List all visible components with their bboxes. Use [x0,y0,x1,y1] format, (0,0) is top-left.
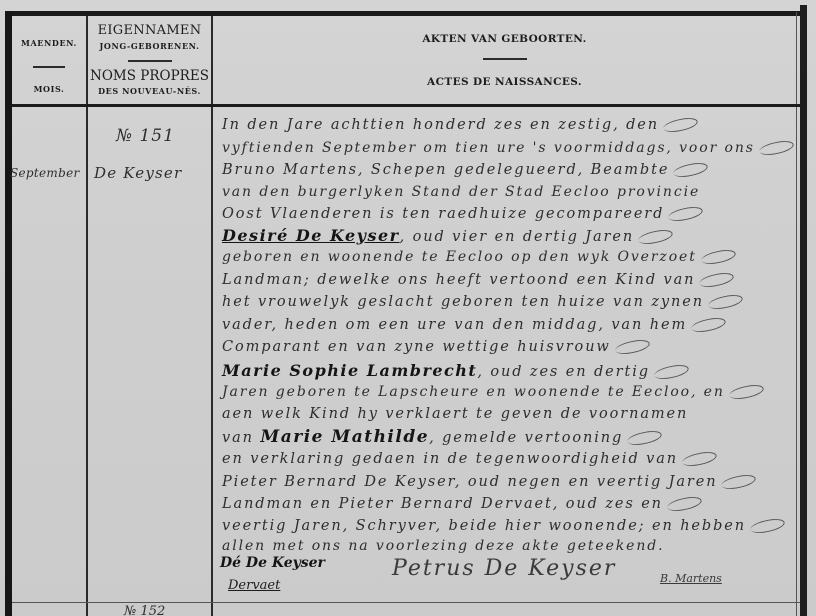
act-line-text: Landman en Pieter Bernard Dervaet, oud z… [222,496,663,512]
mother-name: Marie Sophie Lambrecht [222,361,477,380]
header-names-column: EIGENNAMEN JONG-GEBORENEN. NOMS PROPRES … [88,16,211,104]
header-acts-fr: ACTES DE NAISSANCES. [213,76,796,88]
father-name: Desiré De Keyser [222,226,400,245]
act-line-2: vyftienden September om tien ure 's voor… [222,140,794,156]
act-line-9: het vrouwelyk geslacht geboren ten huize… [222,294,743,310]
line-flourish [707,292,744,311]
act-line-text: Pieter Bernard De Keyser, oud negen en v… [222,474,717,490]
header-names-fr-sub: DES NOUVEAU-NÉS. [88,86,211,96]
act-line-8: Landman; dewelke ons heeft vertoond een … [222,272,734,288]
header-rule [33,66,65,68]
act-line-text: van [222,430,254,446]
entry-number: № 151 [116,126,175,146]
line-flourish [637,227,674,246]
frame-right-inner-line [796,12,797,616]
act-line-text: het vrouwelyk geslacht geboren ten huize… [222,294,704,310]
header-month-column: MAENDEN. MOIS. [12,16,86,104]
line-flourish [758,138,795,157]
frame-right-border [800,5,807,616]
act-line-text: Oost Vlaenderen is ten raedhuize gecompa… [222,206,664,222]
act-line-3: Bruno Martens, Schepen gedelegueerd, Bea… [222,162,708,178]
entry-month: September [10,166,80,180]
header-names-nl-title: EIGENNAMEN [88,23,211,38]
line-flourish [681,449,718,468]
act-line-text: , gemelde vertooning [429,430,623,446]
act-line-13: Jaren geboren te Lapscheure en woonende … [222,384,764,400]
act-line-1: In den Jare achttien honderd zes en zest… [222,117,698,133]
act-line-20: allen met ons na voorlezing deze akte ge… [222,538,664,554]
act-line-text: In den Jare achttien honderd zes en zest… [222,117,659,133]
line-flourish [690,315,727,334]
line-flourish [662,115,699,134]
act-line-mother: Marie Sophie Lambrecht, oud zes en derti… [222,361,689,380]
header-divider [12,104,800,107]
line-flourish [700,247,737,266]
line-flourish [666,494,703,513]
act-line-11: Comparant en van zyne wettige huisvrouw [222,339,650,355]
act-line-text: aen welk Kind hy verklaert te geven de v… [222,406,688,422]
act-line-text: veertig Jaren, Schryver, beide hier woon… [222,518,746,534]
act-line-text: van den burgerlyken Stand der Stad Eeclo… [222,184,700,200]
line-flourish [667,204,704,223]
act-line-5: Oost Vlaenderen is ten raedhuize gecompa… [222,206,703,222]
act-line-text: Jaren geboren te Lapscheure en woonende … [222,384,725,400]
act-line-18: Landman en Pieter Bernard Dervaet, oud z… [222,496,702,512]
act-line-4: van den burgerlyken Stand der Stad Eeclo… [222,184,700,200]
civil-registry-page: MAENDEN. MOIS. EIGENNAMEN JONG-GEBORENEN… [0,0,816,616]
next-entry-number: № 152 [124,604,165,616]
header-month-nl: MAENDEN. [12,38,86,48]
act-line-19: veertig Jaren, Schryver, beide hier woon… [222,518,785,534]
act-line-7: geboren en woonende te Eecloo op den wyk… [222,249,736,265]
act-line-text: , oud zes en dertig [477,364,650,380]
entry-surname: De Keyser [94,164,182,182]
act-line-child: van Marie Mathilde, gemelde vertooning [222,427,662,447]
header-month-fr: MOIS. [12,84,86,94]
line-flourish [653,362,690,381]
signature-witness-petrus: Petrus De Keyser [392,556,616,581]
child-name: Marie Mathilde [260,427,429,447]
header-rule [128,60,172,62]
header-rule [483,58,527,60]
line-flourish [626,428,663,447]
act-line-16: en verklaring gedaen in de tegenwoordigh… [222,451,717,467]
line-flourish [699,270,736,289]
header-acts-nl: AKTEN VAN GEBOORTEN. [213,33,796,45]
signature-father: Dé De Keyser [220,555,325,571]
entry-divider [12,602,800,603]
act-line-14: aen welk Kind hy verklaert te geven de v… [222,406,688,422]
act-line-text: vader, heden om een ure van den middag, … [222,317,687,333]
act-line-text: Bruno Martens, Schepen gedelegueerd, Bea… [222,162,669,178]
act-line-text: allen met ons na voorlezing deze akte ge… [222,538,664,554]
line-flourish [672,160,709,179]
act-line-text: geboren en woonende te Eecloo op den wyk… [222,249,697,265]
header-names-nl-sub: JONG-GEBORENEN. [88,41,211,51]
line-flourish [749,516,786,535]
signature-witness-dervaet: Dervaet [228,578,280,593]
act-line-text: vyftienden September om tien ure 's voor… [222,140,755,156]
line-flourish [721,472,758,491]
header-acts-column: AKTEN VAN GEBOORTEN. ACTES DE NAISSANCES… [213,16,796,104]
header-names-fr-title: NOMS PROPRES [88,68,211,84]
frame-left-border [5,11,12,616]
act-line-father: Desiré De Keyser, oud vier en dertig Jar… [222,226,673,245]
act-line-17: Pieter Bernard De Keyser, oud negen en v… [222,474,756,490]
line-flourish [614,337,651,356]
line-flourish [728,382,765,401]
act-line-10: vader, heden om een ure van den middag, … [222,317,726,333]
act-line-text: , oud vier en dertig Jaren [400,229,635,245]
act-line-text: en verklaring gedaen in de tegenwoordigh… [222,451,678,467]
signature-officer: B. Martens [660,572,722,585]
act-line-text: Landman; dewelke ons heeft vertoond een … [222,272,695,288]
act-line-text: Comparant en van zyne wettige huisvrouw [222,339,611,355]
